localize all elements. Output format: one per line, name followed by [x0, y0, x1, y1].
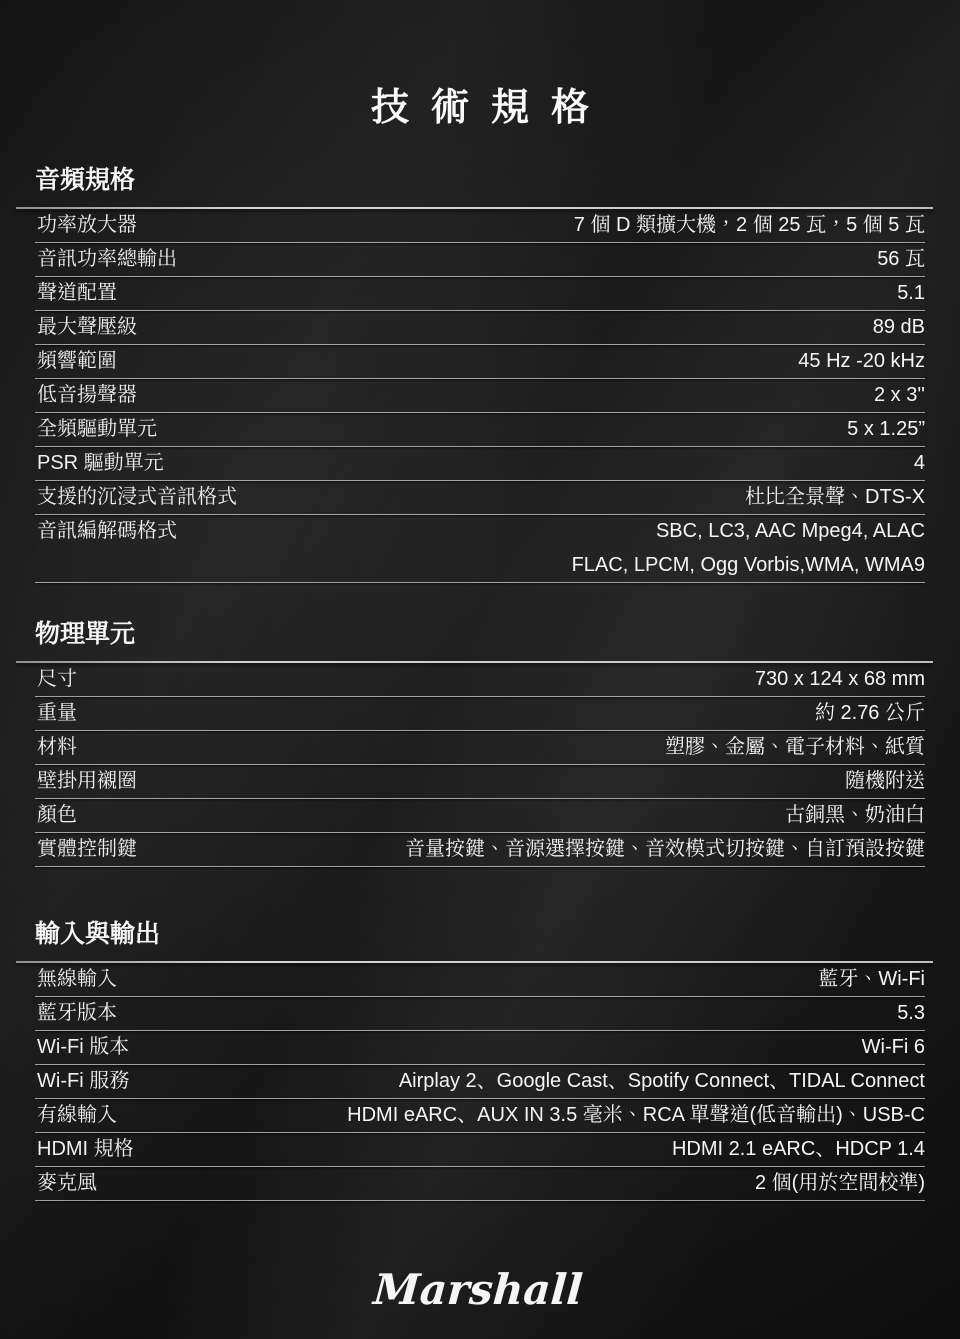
spec-value: 5.3: [897, 1003, 925, 1024]
spec-row-wall-mount-gasket: 壁掛用襯圈 隨機附送: [35, 765, 925, 799]
spec-label: 無線輸入: [37, 969, 117, 990]
spec-label: HDMI 規格: [37, 1139, 134, 1160]
spec-value: 藍牙、Wi-Fi: [818, 969, 925, 990]
spec-value: 隨機附送: [845, 771, 925, 792]
spec-value: 89 dB: [873, 317, 925, 338]
section-title-physical: 物理單元: [35, 619, 925, 650]
spec-row-wireless-input: 無線輸入 藍牙、Wi-Fi: [35, 963, 925, 997]
spec-value: 5.1: [897, 283, 925, 304]
spec-value: SBC, LC3, AAC Mpeg4, ALAC FLAC, LPCM, Og…: [572, 521, 925, 576]
spec-label: 音訊編解碼格式: [37, 521, 177, 542]
marshall-logo-icon: Marshall: [355, 1262, 605, 1320]
spec-row-bluetooth-version: 藍牙版本 5.3: [35, 997, 925, 1031]
spec-row-dimensions: 尺寸 730 x 124 x 68 mm: [35, 663, 925, 697]
spec-label: 全頻驅動單元: [37, 419, 157, 440]
spec-row-channel-config: 聲道配置 5.1: [35, 277, 925, 311]
spec-value: 塑膠、金屬、電子材料、紙質: [665, 737, 925, 758]
spec-row-wired-input: 有線輸入 HDMI eARC、AUX IN 3.5 毫米、RCA 單聲道(低音輸…: [35, 1099, 925, 1133]
spec-value: 4: [914, 453, 925, 474]
spec-row-woofers: 低音揚聲器 2 x 3'': [35, 379, 925, 413]
spec-value: 2 x 3'': [874, 385, 925, 406]
spec-label: 材料: [37, 737, 77, 758]
spec-row-fullrange-drivers: 全頻驅動單元 5 x 1.25”: [35, 413, 925, 447]
spec-value: 2 個(用於空間校準): [755, 1173, 925, 1194]
spec-row-wifi-version: Wi-Fi 版本 Wi-Fi 6: [35, 1031, 925, 1065]
spec-sheet-page: 技術規格 音頻規格 功率放大器 7 個 D 類擴大機，2 個 25 瓦，5 個 …: [0, 0, 960, 1339]
spec-value: 杜比全景聲、DTS-X: [745, 487, 925, 508]
spec-value: 5 x 1.25”: [847, 419, 925, 440]
spec-row-total-power: 音訊功率總輸出 56 瓦: [35, 243, 925, 277]
spec-row-max-spl: 最大聲壓級 89 dB: [35, 311, 925, 345]
spec-value: 音量按鍵、音源選擇按鍵、音效模式切按鍵、自訂預設按鍵: [405, 839, 925, 860]
spec-label: 有線輸入: [37, 1105, 117, 1126]
marshall-logo-text: Marshall: [370, 1265, 585, 1314]
spec-label: 重量: [37, 703, 77, 724]
section-physical-specs: 物理單元 尺寸 730 x 124 x 68 mm 重量 約 2.76 公斤 材…: [35, 619, 925, 867]
spec-label: 功率放大器: [37, 215, 137, 236]
spec-value: 約 2.76 公斤: [815, 703, 925, 724]
spec-value: 730 x 124 x 68 mm: [755, 669, 925, 690]
spec-value: HDMI eARC、AUX IN 3.5 毫米、RCA 單聲道(低音輸出)、US…: [347, 1105, 925, 1126]
spec-label: Wi-Fi 版本: [37, 1037, 129, 1058]
spec-value: 古銅黑、奶油白: [785, 805, 925, 826]
spec-label: 顏色: [37, 805, 77, 826]
spec-label: 最大聲壓級: [37, 317, 137, 338]
spec-label: 支援的沉浸式音訊格式: [37, 487, 237, 508]
spec-row-codecs: 音訊編解碼格式 SBC, LC3, AAC Mpeg4, ALAC FLAC, …: [35, 515, 925, 583]
spec-row-wifi-services: Wi-Fi 服務 Airplay 2、Google Cast、Spotify C…: [35, 1065, 925, 1099]
spec-value: HDMI 2.1 eARC、HDCP 1.4: [672, 1139, 925, 1160]
spec-label: 麥克風: [37, 1173, 97, 1194]
spec-label: 音訊功率總輸出: [37, 249, 177, 270]
spec-value: Wi-Fi 6: [862, 1037, 925, 1058]
spec-label: 聲道配置: [37, 283, 117, 304]
spec-label: Wi-Fi 服務: [37, 1071, 129, 1092]
spec-row-physical-controls: 實體控制鍵 音量按鍵、音源選擇按鍵、音效模式切按鍵、自訂預設按鍵: [35, 833, 925, 867]
spec-row-hdmi-spec: HDMI 規格 HDMI 2.1 eARC、HDCP 1.4: [35, 1133, 925, 1167]
spec-value: Airplay 2、Google Cast、Spotify Connect、TI…: [399, 1071, 925, 1092]
spec-row-microphones: 麥克風 2 個(用於空間校準): [35, 1167, 925, 1201]
spec-row-weight: 重量 約 2.76 公斤: [35, 697, 925, 731]
spec-value: 7 個 D 類擴大機，2 個 25 瓦，5 個 5 瓦: [574, 215, 925, 236]
spec-row-immersive-formats: 支援的沉浸式音訊格式 杜比全景聲、DTS-X: [35, 481, 925, 515]
spec-label: 壁掛用襯圈: [37, 771, 137, 792]
spec-label: 藍牙版本: [37, 1003, 117, 1024]
spec-row-amplifiers: 功率放大器 7 個 D 類擴大機，2 個 25 瓦，5 個 5 瓦: [35, 209, 925, 243]
spec-label: 尺寸: [37, 669, 77, 690]
spec-value-line1: SBC, LC3, AAC Mpeg4, ALAC: [572, 521, 925, 542]
section-title-audio: 音頻規格: [35, 165, 925, 196]
spec-row-frequency-range: 頻響範圍 45 Hz -20 kHz: [35, 345, 925, 379]
section-audio-specs: 音頻規格 功率放大器 7 個 D 類擴大機，2 個 25 瓦，5 個 5 瓦 音…: [35, 165, 925, 583]
brand-footer: Marshall: [0, 1262, 960, 1325]
spec-value-line2: FLAC, LPCM, Ogg Vorbis,WMA, WMA9: [572, 555, 925, 576]
spec-row-colors: 顏色 古銅黑、奶油白: [35, 799, 925, 833]
spec-label: 頻響範圍: [37, 351, 117, 372]
section-title-io: 輸入與輸出: [35, 919, 925, 950]
spec-row-materials: 材料 塑膠、金屬、電子材料、紙質: [35, 731, 925, 765]
spec-row-psr-drivers: PSR 驅動單元 4: [35, 447, 925, 481]
section-io-specs: 輸入與輸出 無線輸入 藍牙、Wi-Fi 藍牙版本 5.3 Wi-Fi 版本 Wi…: [35, 919, 925, 1201]
spec-label: 低音揚聲器: [37, 385, 137, 406]
spec-value: 56 瓦: [877, 249, 925, 270]
spec-value: 45 Hz -20 kHz: [798, 351, 925, 372]
spec-label: 實體控制鍵: [37, 839, 137, 860]
page-title: 技術規格: [35, 0, 925, 132]
spec-label: PSR 驅動單元: [37, 453, 164, 474]
